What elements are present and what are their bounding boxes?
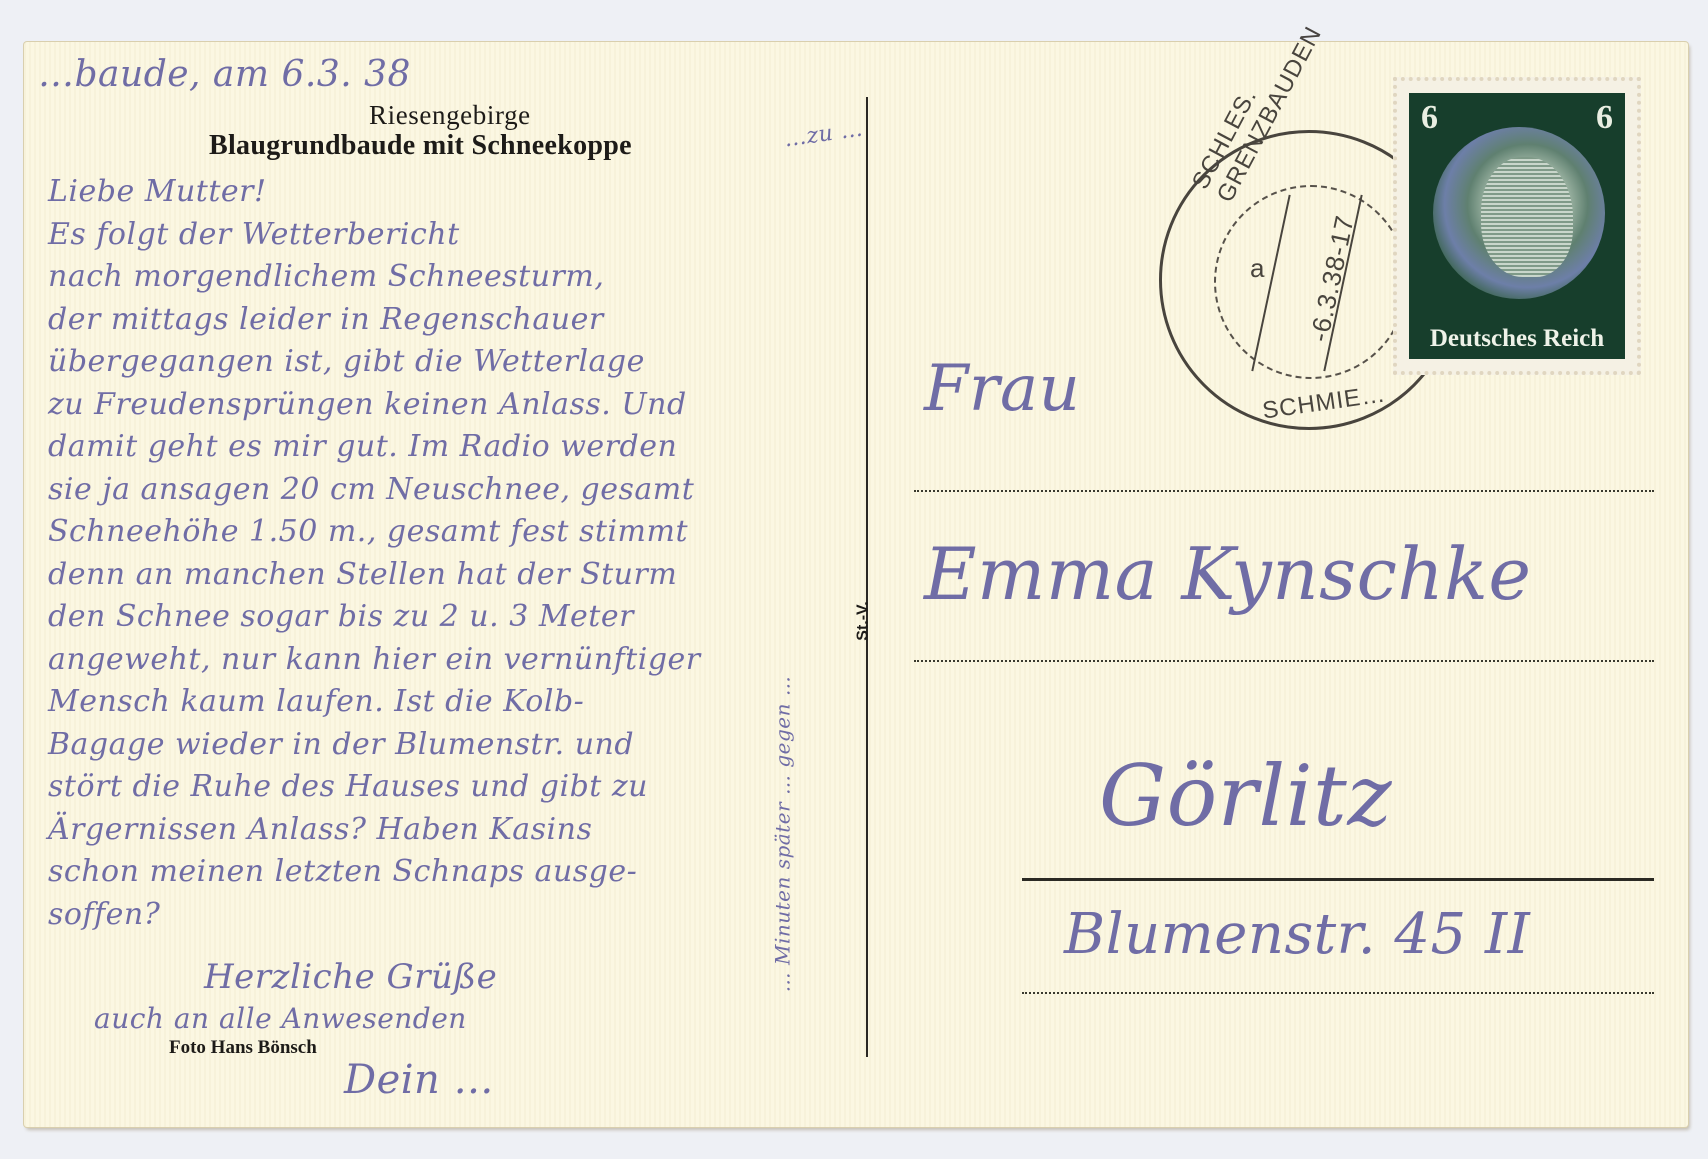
address-street: Blumenstr. 45 II bbox=[1064, 902, 1530, 967]
portrait-medallion-icon bbox=[1433, 127, 1605, 299]
address-line-2 bbox=[914, 660, 1654, 662]
address-line-1 bbox=[914, 490, 1654, 492]
caption-region: Riesengebirge bbox=[369, 100, 531, 131]
portrait-head-icon bbox=[1481, 157, 1573, 277]
message-line: Ärgernissen Anlass? Haben Kasins bbox=[48, 812, 592, 847]
message-line: denn an manchen Stellen hat der Sturm bbox=[48, 557, 677, 592]
postmark-inner-ring bbox=[1214, 185, 1408, 379]
stamp-face: 6 6 Deutsches Reich bbox=[1409, 93, 1625, 359]
photo-credit: Foto Hans Bönsch bbox=[169, 1037, 317, 1059]
message-line: stört die Ruhe des Hauses und gibt zu bbox=[48, 769, 648, 804]
divider-mark: St.-V. bbox=[855, 601, 873, 640]
message-line: übergegangen ist, gibt die Wetterlage bbox=[48, 344, 645, 379]
message-line: zu Freudensprüngen keinen Anlass. Und bbox=[48, 387, 687, 422]
vertical-divider bbox=[866, 97, 868, 1057]
message-line: der mittags leider in Regenschauer bbox=[48, 302, 604, 337]
stamp-value-right: 6 bbox=[1596, 99, 1613, 137]
margin-note-top: …zu … bbox=[783, 117, 865, 153]
address-city: Görlitz bbox=[1099, 747, 1392, 845]
message-line: damit geht es mir gut. Im Radio werden bbox=[48, 429, 677, 464]
message-line: angeweht, nur kann hier ein vernünftiger bbox=[48, 642, 701, 677]
message-closing-line2: auch an alle Anwesenden bbox=[94, 1002, 467, 1035]
address-name: Emma Kynschke bbox=[924, 532, 1532, 616]
message-line: nach morgendlichem Schneesturm, bbox=[48, 259, 604, 294]
postmark-place-bottom: SCHMIE… bbox=[1261, 380, 1388, 425]
message-line: schon meinen letzten Schnaps ausge- bbox=[48, 854, 637, 889]
message-line: den Schnee sogar bis zu 2 u. 3 Meter bbox=[48, 599, 634, 634]
address-city-underline bbox=[1022, 878, 1654, 881]
postage-stamp: 6 6 Deutsches Reich bbox=[1393, 77, 1641, 375]
postcard: Riesengebirge Blaugrundbaude mit Schneek… bbox=[24, 42, 1688, 1127]
message-line: Es folgt der Wetterbericht bbox=[48, 217, 460, 252]
message-line: sie ja ansagen 20 cm Neuschnee, gesamt bbox=[48, 472, 694, 507]
message-line: Schneehöhe 1.50 m., gesamt fest stimmt bbox=[48, 514, 688, 549]
stamp-value-left: 6 bbox=[1421, 99, 1438, 137]
caption-title: Blaugrundbaude mit Schneekoppe bbox=[209, 130, 632, 162]
postmark-letter: a bbox=[1250, 253, 1265, 284]
margin-note-vertical: … Minuten später … gegen … bbox=[770, 676, 794, 993]
address-salutation: Frau bbox=[924, 352, 1080, 426]
message-closing: Herzliche Grüße bbox=[204, 957, 497, 997]
message-header: …baude, am 6.3. 38 bbox=[38, 54, 411, 95]
message-line: Bagage wieder in der Blumenstr. und bbox=[48, 727, 634, 762]
stamp-country: Deutsches Reich bbox=[1409, 325, 1625, 353]
postmark-place: SCHLES. GRENZBAUDEN bbox=[1187, 0, 1363, 207]
message-line: Mensch kaum laufen. Ist die Kolb- bbox=[48, 684, 584, 719]
address-line-3 bbox=[1022, 992, 1654, 994]
message-line: Liebe Mutter! bbox=[48, 174, 267, 209]
message-line: soffen? bbox=[48, 897, 160, 932]
signature: Dein … bbox=[344, 1057, 494, 1103]
